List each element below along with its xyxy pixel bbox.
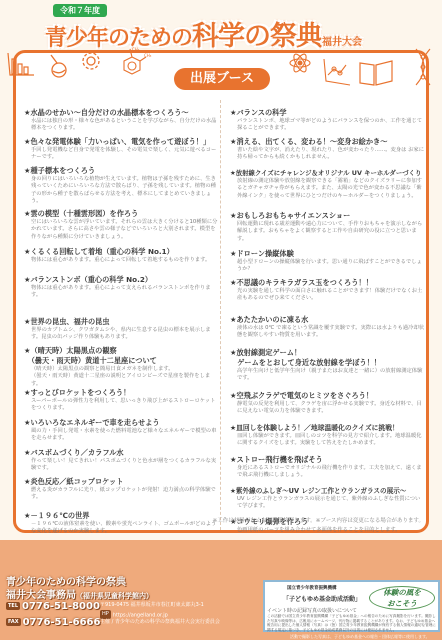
- notice-heading: イベント時の記録写真の取扱いについて: [267, 607, 357, 614]
- booth-item: ★消える、出てくる、変わる！～変身お絵かき～書いた絵や文字が、消えたり、現れたり…: [230, 137, 425, 162]
- booth-item: ★ドローン操縦体験超小型ドローンの操縦体験を行います。思い通りに飛ばすことができ…: [230, 249, 425, 274]
- website-link[interactable]: HPhttps://angelland.or.jp: [100, 610, 240, 620]
- booth-item: ★放射線測定ゲーム！ ゲームをとおして身近な放射線を学ぼう！！高学年生向けと低学…: [230, 348, 425, 383]
- booth-item: ★炎色反応／紙コップロケット燃える炎がカラフルに光り、紙コップロケットが発射！迫…: [24, 477, 219, 502]
- footnote: ※工作は材料がなくなり次第終了します。※ブース内容は変更になる場合があります。: [213, 516, 424, 524]
- column-divider: [220, 100, 221, 530]
- booth-item: ★（晴天時）太陽黒点の観察 （曇天・雨天時）黄道十二星座について（晴天時）太陽黒…: [24, 346, 219, 388]
- booth-item: ★雲の模型（十種雲形図）を作ろう空にはいろいろな雲が浮いています。それらの雲は大…: [24, 209, 219, 241]
- bar-chart-icon: [6, 51, 36, 77]
- slogan-badge: 体験の風を おこそう: [369, 586, 435, 610]
- tel-number[interactable]: TEL0776-51-8000: [6, 601, 100, 612]
- line-graph-icon: [322, 57, 352, 87]
- main-title: 青少年のための科学の祭典福井大会: [45, 14, 362, 44]
- fax-number: FAX0776-51-6666: [6, 617, 100, 628]
- svg-text:CH₃: CH₃: [132, 47, 140, 52]
- svg-text:CH₃: CH₃: [144, 53, 152, 58]
- fax-icon: FAX: [6, 618, 21, 626]
- booth-item: ★バランストンボ（重心の科学 No.2）物体には重心があります。重心によって支え…: [24, 275, 219, 300]
- flask-icon: [47, 53, 69, 79]
- booth-item: ★いろいろなエネルギーで車を走らせよう風の力・手回し発電・水素を使った燃料電池な…: [24, 418, 219, 443]
- booth-item: ★バランスの科学バランストンボ、地球ゴマ等がどのようにバランスを保つのか、工作を…: [230, 108, 425, 133]
- atom-icon: [288, 51, 312, 75]
- booth-item: ★水晶のせかい～自分だけの水晶標本をつくろう～水晶には独自の形・様々な色があると…: [24, 108, 219, 133]
- contact-note: 主催 / 青少年のための科学の祭典福井大会実行委員会: [100, 619, 240, 627]
- booth-item: ★不思議のキラキラガラス玉をつくろう！！光の実験を通して科学の面白さに触れること…: [230, 278, 425, 303]
- notice-body: この活動では国立青少年教育振興機構「子どもゆめ基金」への報告のために写真撮影を行…: [267, 614, 437, 632]
- booth-item: ★ストロー飛行機を飛ばそう身近にあるストローでオリジナルの飛行機を作ります。工夫…: [230, 455, 425, 480]
- wave-divider: [0, 536, 442, 550]
- photo-notice-box: 国立青少年教育振興機構 「子どもゆめ基金助成活動」 体験の風を おこそう イベン…: [263, 580, 440, 632]
- booth-item: ★おもしろおもちゃサイエンスショー回転運動に現れる歳差運動や遠心力について、手作…: [230, 211, 425, 243]
- dna-icon: [410, 47, 436, 87]
- booth-item: ★種子標本をつくろう身の回りにはいろいろな植物が生えています。植物は子孫を残すた…: [24, 166, 219, 206]
- booth-item: ★くるくる回転して着地（重心の科学 No.1）物体には重心があります。重心によっ…: [24, 247, 219, 264]
- booth-item: ★皿回しを体験しよう！／地球温暖化のクイズに挑戦！皿回し体験ができます。皿回しの…: [230, 423, 425, 448]
- booth-item: ★バスボムづくり／カラフル水作って楽しい！見てきれい！バスボムづくりと色水が層を…: [24, 448, 219, 473]
- booth-item: ★－１９６℃の世界－１９６℃の液体窒素を使い、酸素や蛍光ペンライト、ゴムボールが…: [24, 511, 219, 536]
- section-label: 出展ブース: [174, 68, 270, 90]
- booth-item: ★すっとびロケットをつくろう！スーパーボールの弾性力を利用して、思いっきり飛び上…: [24, 388, 219, 413]
- gear-icon: [80, 50, 102, 72]
- org-logo: 国立青少年教育振興機構: [287, 585, 337, 591]
- booth-item: ★空飛ぶクラゲで電気のヒミツをさぐろう！静電気の反発を利用して、クラゲを宙に浮か…: [230, 391, 425, 416]
- book-icon: [358, 59, 394, 87]
- address: 〒919-0475 福井県坂井市春江町東太郎丸3-1: [100, 602, 240, 610]
- contact-info: 〒919-0475 福井県坂井市春江町東太郎丸3-1 HPhttps://ang…: [100, 602, 240, 627]
- bottom-note: 活動で撮影した写真は、子どもゆめ基金への報告・団体広報等に使用します。: [290, 634, 430, 640]
- phone-icon: TEL: [6, 602, 20, 610]
- booth-item: ★世界の昆虫、福井の昆虫世界のカブトムシ、クワガタムシや、県内に生息する昆虫の標…: [24, 317, 219, 342]
- booth-item: ★紫外線のふしぎ～UV レジン工作とウランガラスの展示～UV レジン工作とウラン…: [230, 486, 425, 511]
- molecule-icon: CH₃CH₃: [112, 47, 152, 81]
- booth-item: ★あたたかいのに凍る水液体の水は 0℃ で凍るという常識を覆す実験です。実際には…: [230, 315, 425, 340]
- web-icon: HP: [100, 610, 111, 620]
- booth-item: ★放射線クイズにチャレンジ＆オリジナル UV キーホルダーづくり放射線の測定体験…: [230, 168, 425, 200]
- org-office: 福井大会事務局（福井県児童科学館内）: [6, 586, 153, 601]
- booth-item: ★色々な発電体験「力いっぱい、電気を作って遊ぼう！」手回し発電機など自身で発電を…: [24, 137, 219, 162]
- fund-label: 「子どもゆめ基金助成活動」: [283, 594, 361, 603]
